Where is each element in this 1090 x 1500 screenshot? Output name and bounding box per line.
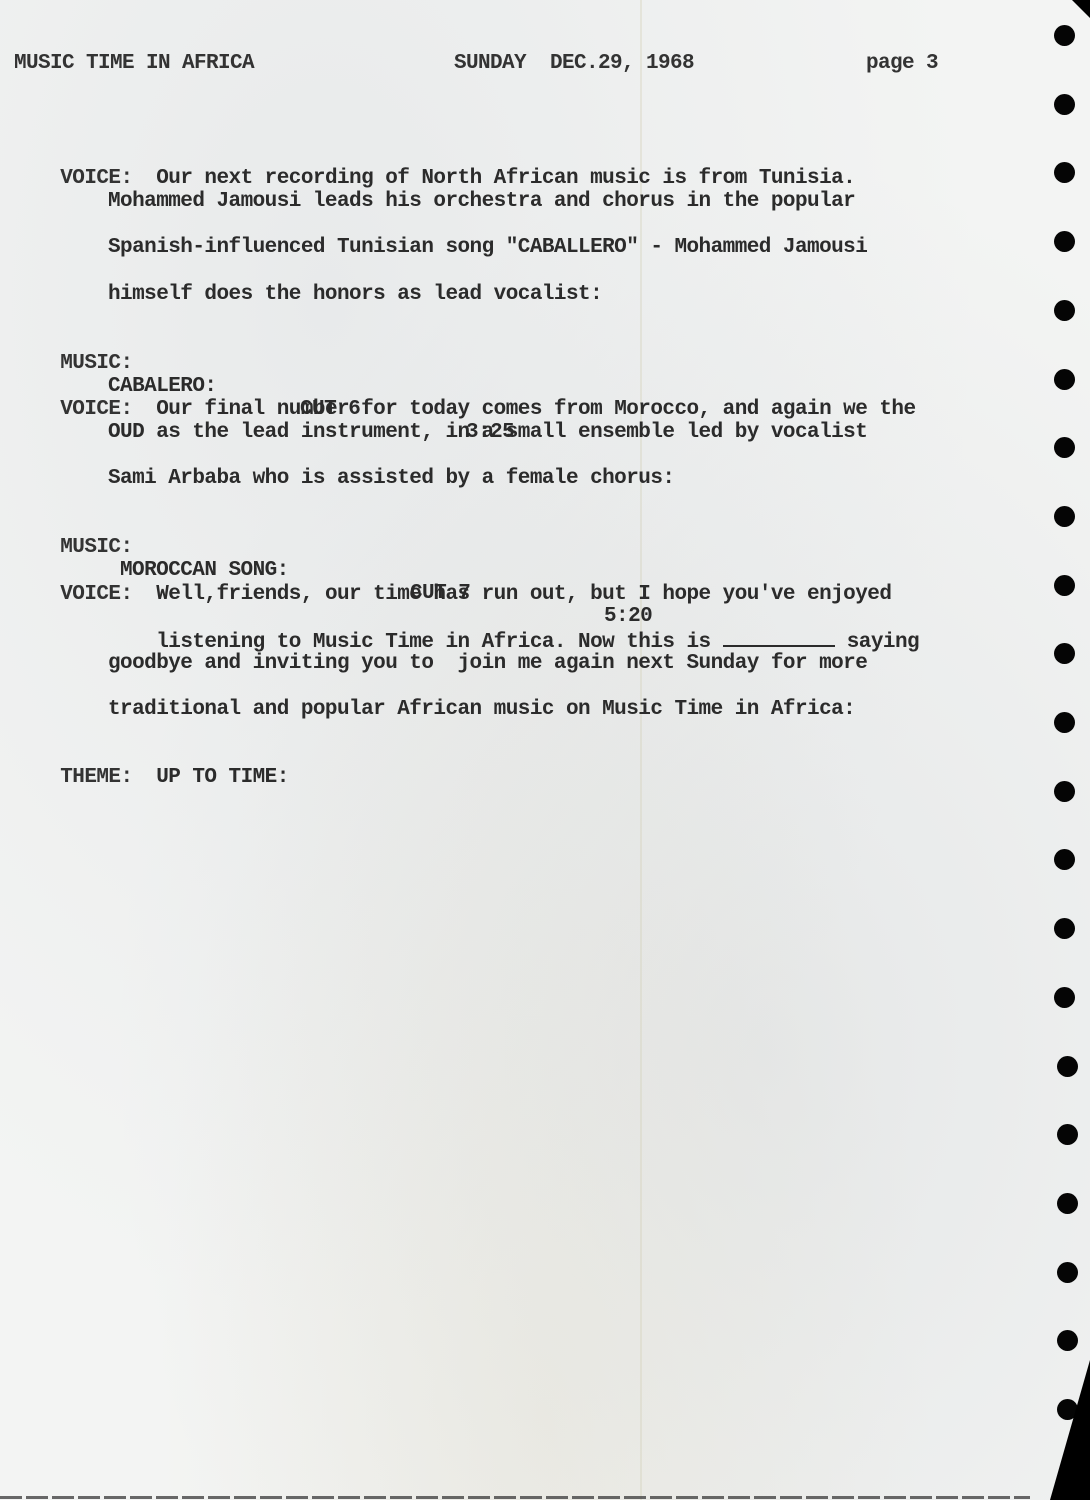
- voice-text: listening to Music Time in Africa. Now t…: [156, 631, 710, 654]
- voice-text: himself does the honors as lead vocalist…: [108, 283, 602, 306]
- feed-hole: [1054, 162, 1075, 183]
- feed-hole: [1054, 506, 1075, 527]
- tractor-feed-holes: [1054, 0, 1080, 1500]
- feed-hole: [1054, 437, 1075, 458]
- feed-hole: [1054, 94, 1075, 115]
- page-header: MUSIC TIME IN AFRICA SUNDAY DEC.29, 1968…: [14, 52, 974, 82]
- scan-corner-shadow: [1050, 1360, 1090, 1500]
- voice-text: saying: [847, 631, 919, 654]
- voice-text: Mohammed Jamousi leads his orchestra and…: [108, 190, 855, 213]
- voice-text: Spanish-influenced Tunisian song "CABALL…: [108, 236, 867, 259]
- voice-text: traditional and popular African music on…: [108, 698, 855, 721]
- music-cue: MUSIC: MOROCCAN SONG: CUT 7 5:20: [12, 513, 712, 543]
- voice-text: Our next recording of North African musi…: [156, 167, 855, 190]
- cue-label: MUSIC:: [60, 352, 156, 375]
- music-cue: MUSIC: CABALERO: CUT 6 3:25: [12, 329, 712, 359]
- feed-hole: [1057, 1262, 1078, 1283]
- cue-label: VOICE:: [60, 583, 156, 606]
- feed-hole: [1054, 849, 1075, 870]
- feed-hole: [1054, 300, 1075, 321]
- voice-text: Our final number for today comes from Mo…: [156, 398, 915, 421]
- feed-hole: [1057, 1056, 1078, 1077]
- feed-hole: [1057, 1193, 1078, 1214]
- feed-hole: [1054, 918, 1075, 939]
- page-number: page 3: [866, 52, 938, 75]
- voice-text: Well,friends, our time has run out, but …: [156, 583, 891, 606]
- feed-hole: [1057, 1124, 1078, 1145]
- paper-fold: [640, 0, 642, 1500]
- cue-label: MUSIC:: [60, 536, 156, 559]
- feed-hole: [1054, 781, 1075, 802]
- theme-cue: THEME:UP TO TIME:: [12, 743, 289, 812]
- feed-hole: [1054, 987, 1075, 1008]
- voice-text: goodbye and inviting you to join me agai…: [108, 652, 867, 675]
- script-page: MUSIC TIME IN AFRICA SUNDAY DEC.29, 1968…: [0, 0, 1090, 1500]
- program-title: MUSIC TIME IN AFRICA: [14, 52, 254, 75]
- feed-hole: [1054, 643, 1075, 664]
- voice-text: OUD as the lead instrument, in a small e…: [108, 421, 867, 444]
- feed-hole: [1054, 25, 1075, 46]
- feed-hole: [1054, 712, 1075, 733]
- feed-hole: [1054, 575, 1075, 596]
- cue-label: VOICE:: [60, 167, 156, 190]
- announcer-name-blank: [723, 629, 835, 647]
- theme-title: UP TO TIME:: [156, 766, 289, 789]
- cue-label: VOICE:: [60, 398, 156, 421]
- feed-hole: [1057, 1330, 1078, 1351]
- feed-hole: [1054, 231, 1075, 252]
- perforation-edge: [0, 1496, 1030, 1499]
- broadcast-date: SUNDAY DEC.29, 1968: [454, 52, 694, 75]
- feed-hole: [1054, 369, 1075, 390]
- cue-label: THEME:: [60, 766, 156, 789]
- voice-text: Sami Arbaba who is assisted by a female …: [108, 467, 674, 490]
